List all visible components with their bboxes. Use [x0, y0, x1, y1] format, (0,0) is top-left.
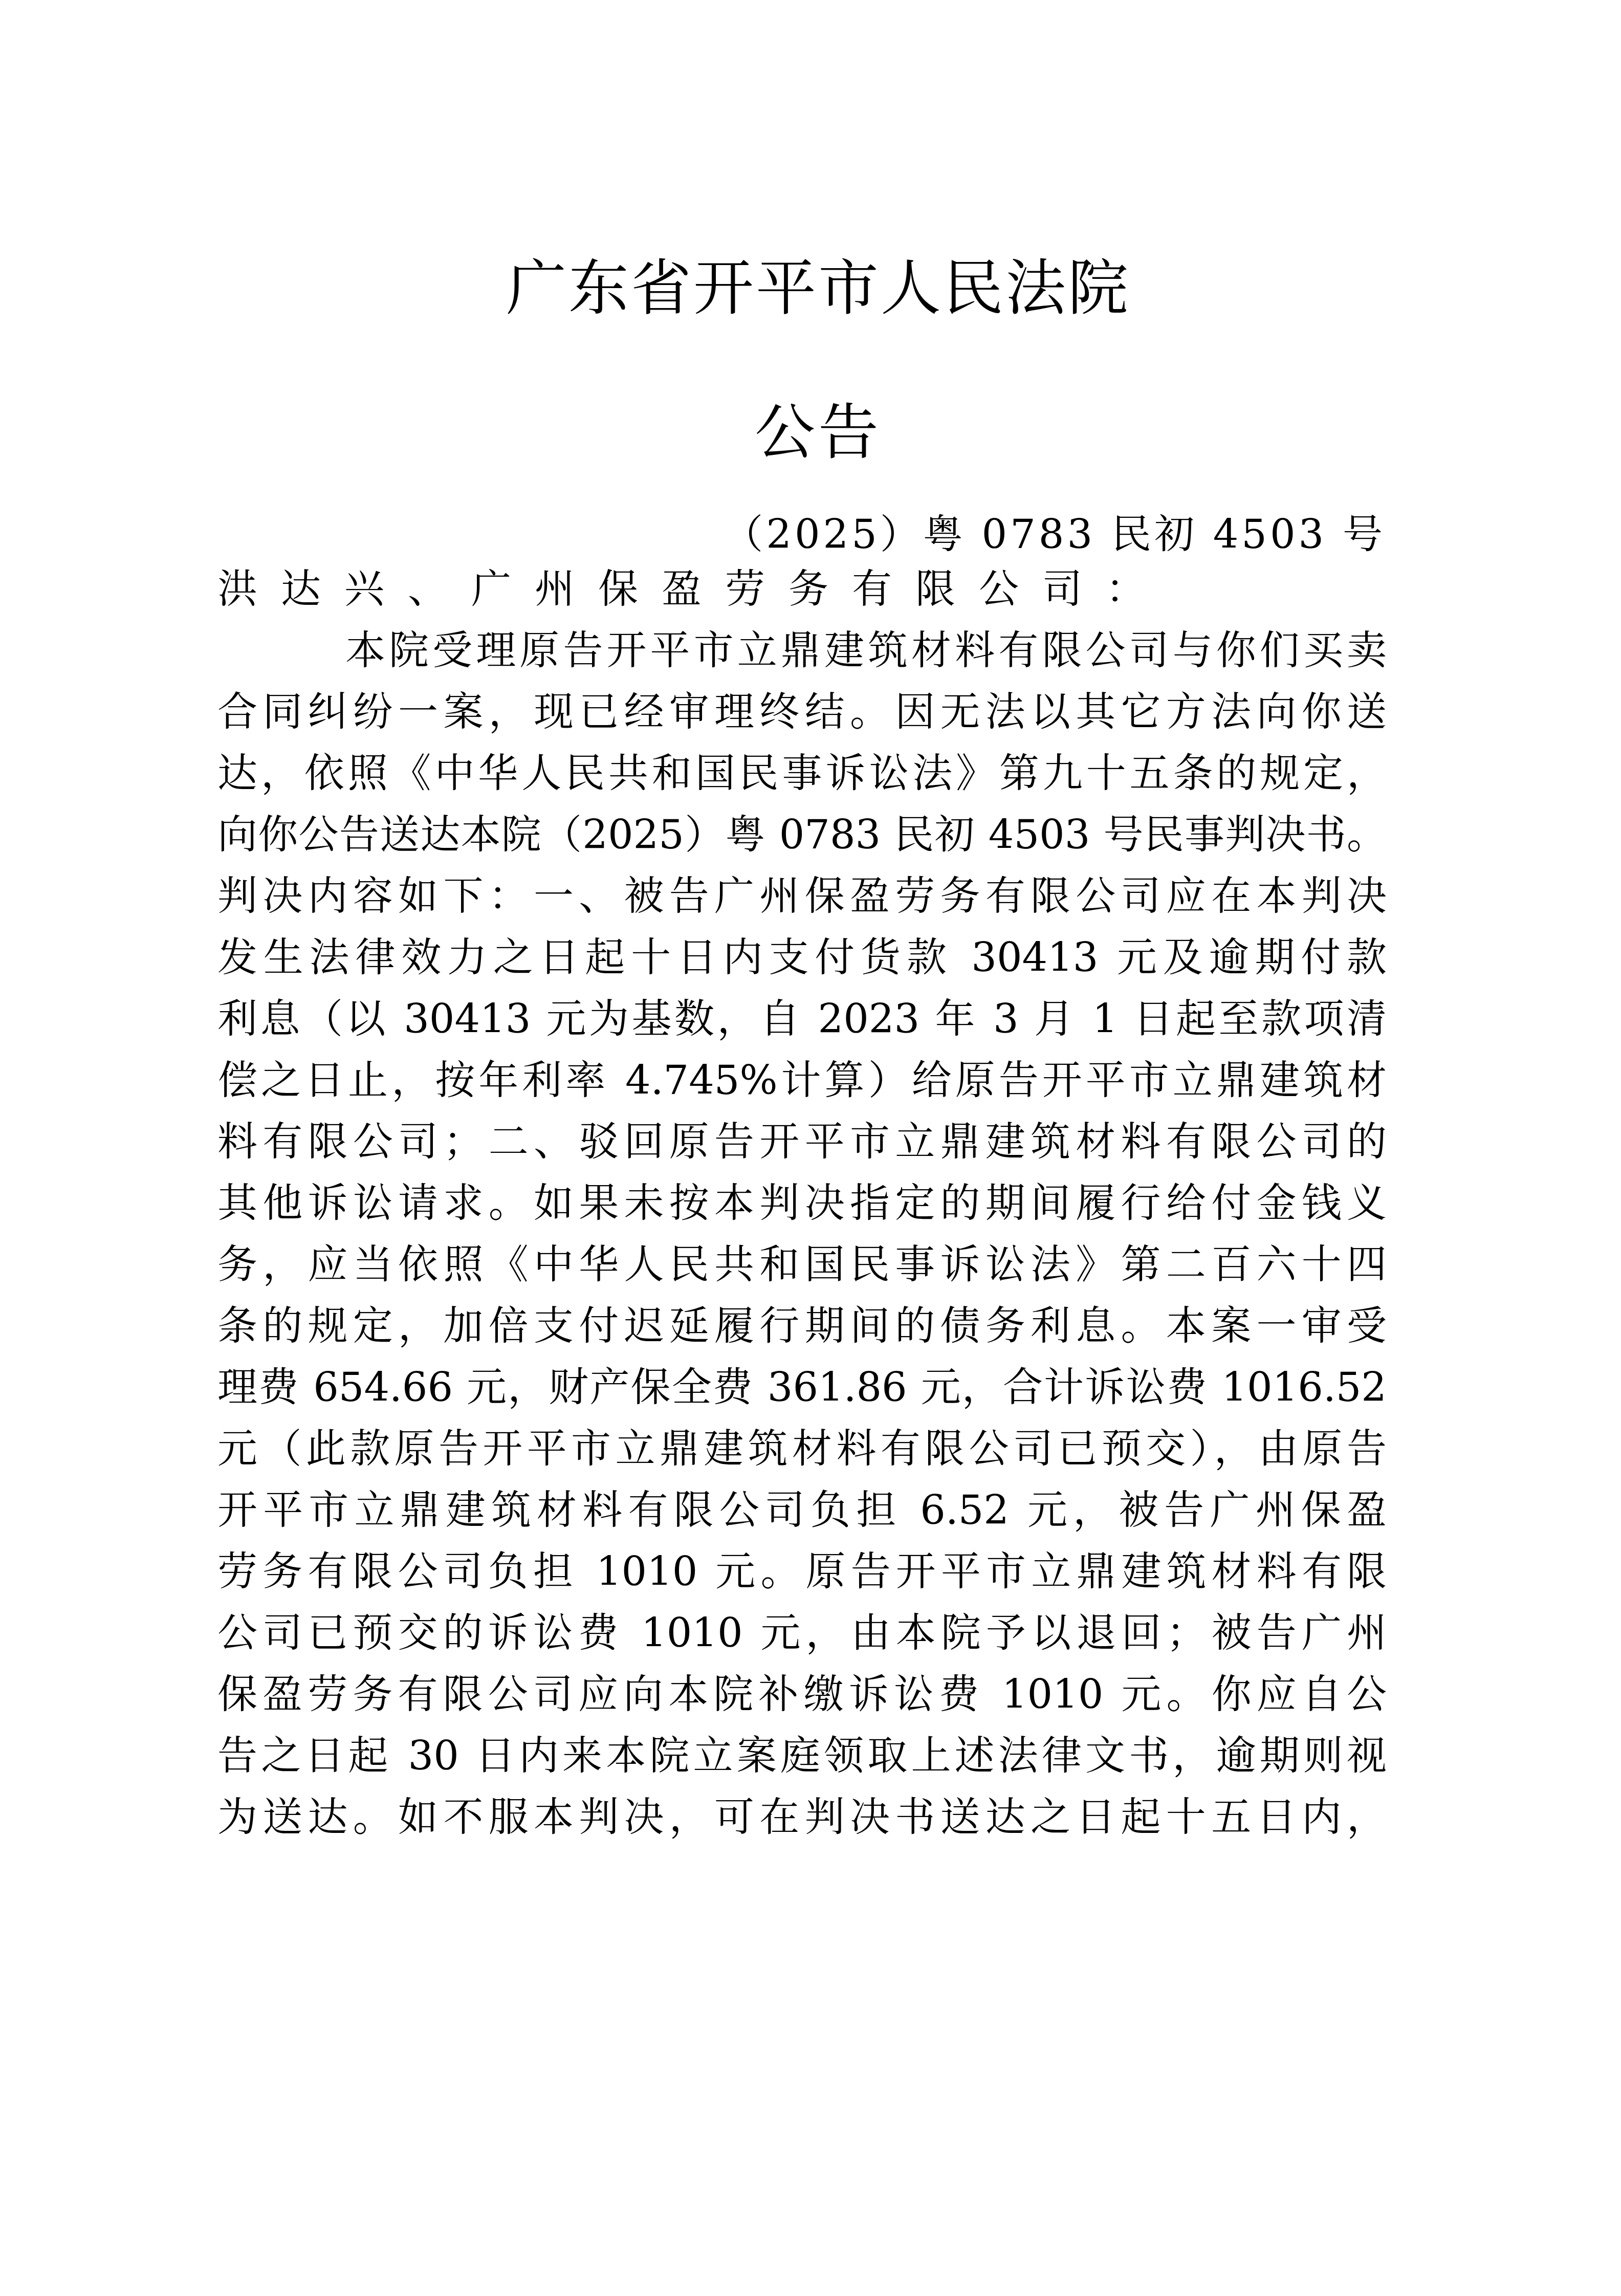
- case-number: （2025）粤 0783 民初 4503 号: [723, 504, 1386, 565]
- body-line: 本院受理原告开平市立鼎建筑材料有限公司与你们买卖: [217, 620, 1387, 682]
- notice-body: 洪达兴、广州保盈劳务有限公司： 本院受理原告开平市立鼎建筑材料有限公司与你们买卖…: [217, 559, 1387, 1848]
- body-line: 向你公告送达本院（2025）粤 0783 民初 4503 号民事判决书。: [217, 804, 1387, 866]
- body-line: 为送达。如不服本判决，可在判决书送达之日起十五日内，: [217, 1787, 1387, 1848]
- document-page: 广东省开平市人民法院 公告 （2025）粤 0783 民初 4503 号 洪达兴…: [0, 0, 1621, 2296]
- body-line: 保盈劳务有限公司应向本院补缴诉讼费 1010 元。你应自公: [217, 1664, 1387, 1725]
- addressees: 洪达兴、广州保盈劳务有限公司：: [217, 559, 1387, 620]
- body-line: 判决内容如下：一、被告广州保盈劳务有限公司应在本判决: [217, 866, 1387, 927]
- body-line: 告之日起 30 日内来本院立案庭领取上述法律文书，逾期则视: [217, 1725, 1387, 1787]
- body-line: 条的规定，加倍支付迟延履行期间的债务利息。本案一审受: [217, 1296, 1387, 1357]
- body-line: 理费 654.66 元，财产保全费 361.86 元，合计诉讼费 1016.52: [217, 1357, 1387, 1418]
- body-line: 开平市立鼎建筑材料有限公司负担 6.52 元，被告广州保盈: [217, 1480, 1387, 1541]
- body-line: 其他诉讼请求。如果未按本判决指定的期间履行给付金钱义: [217, 1173, 1387, 1234]
- body-line: 利息（以 30413 元为基数，自 2023 年 3 月 1 日起至款项清: [217, 989, 1387, 1050]
- body-line: 劳务有限公司负担 1010 元。原告开平市立鼎建筑材料有限: [217, 1541, 1387, 1603]
- body-line: 料有限公司；二、驳回原告开平市立鼎建筑材料有限公司的: [217, 1111, 1387, 1173]
- body-line: 偿之日止，按年利率 4.745%计算）给原告开平市立鼎建筑材: [217, 1050, 1387, 1111]
- notice-title: 公告: [0, 394, 1621, 471]
- body-line: 公司已预交的诉讼费 1010 元，由本院予以退回；被告广州: [217, 1603, 1387, 1664]
- body-line: 发生法律效力之日起十日内支付货款 30413 元及逾期付款: [217, 927, 1387, 989]
- court-name-heading: 广东省开平市人民法院: [0, 250, 1621, 326]
- body-line: 元（此款原告开平市立鼎建筑材料有限公司已预交），由原告: [217, 1418, 1387, 1480]
- body-line: 达，依照《中华人民共和国民事诉讼法》第九十五条的规定，: [217, 743, 1387, 804]
- body-line: 合同纠纷一案，现已经审理终结。因无法以其它方法向你送: [217, 682, 1387, 743]
- body-line: 务，应当依照《中华人民共和国民事诉讼法》第二百六十四: [217, 1234, 1387, 1296]
